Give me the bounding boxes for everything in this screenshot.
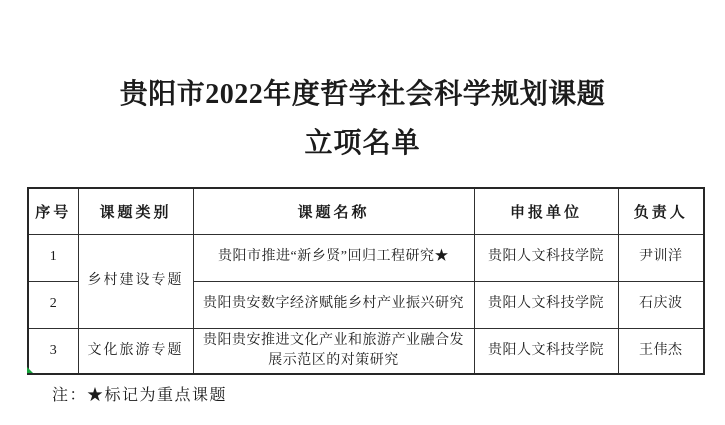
cell-seq: 3: [28, 328, 78, 374]
col-header-seq: 序号: [28, 188, 78, 234]
footnote: 注：★标记为重点课题: [52, 382, 227, 405]
cell-project-title: 贵阳贵安推进文化产业和旅游产业融合发展示范区的对策研究: [193, 328, 474, 374]
document-title-line2: 立项名单: [0, 121, 725, 161]
cell-leader: 王伟杰: [618, 328, 704, 374]
cell-seq: 2: [28, 281, 78, 328]
cell-category-culture-tourism: 文化旅游专题: [78, 328, 193, 374]
col-header-leader: 负责人: [618, 188, 704, 234]
document-title-line1: 贵阳市2022年度哲学社会科学规划课题: [0, 72, 725, 112]
table-row: 1 乡村建设专题 贵阳市推进“新乡贤”回归工程研究★ 贵阳人文科技学院 尹训洋: [28, 234, 704, 281]
table-row: 3 文化旅游专题 贵阳贵安推进文化产业和旅游产业融合发展示范区的对策研究 贵阳人…: [28, 328, 704, 374]
col-header-project-title: 课题名称: [193, 188, 474, 234]
cell-project-title: 贵阳贵安数字经济赋能乡村产业振兴研究: [193, 281, 474, 328]
cell-unit: 贵阳人文科技学院: [474, 328, 618, 374]
table-header-row: 序号 课题类别 课题名称 申报单位 负责人: [28, 188, 704, 234]
cell-seq: 1: [28, 234, 78, 281]
cell-leader: 石庆波: [618, 281, 704, 328]
green-corner-marker: [27, 367, 33, 373]
projects-table: 序号 课题类别 课题名称 申报单位 负责人 1 乡村建设专题 贵阳市推进“新乡贤…: [27, 187, 705, 375]
cell-category-rural-construction: 乡村建设专题: [78, 234, 193, 328]
cell-unit: 贵阳人文科技学院: [474, 234, 618, 281]
cell-leader: 尹训洋: [618, 234, 704, 281]
cell-project-title: 贵阳市推进“新乡贤”回归工程研究★: [193, 234, 474, 281]
col-header-unit: 申报单位: [474, 188, 618, 234]
cell-unit: 贵阳人文科技学院: [474, 281, 618, 328]
col-header-category: 课题类别: [78, 188, 193, 234]
